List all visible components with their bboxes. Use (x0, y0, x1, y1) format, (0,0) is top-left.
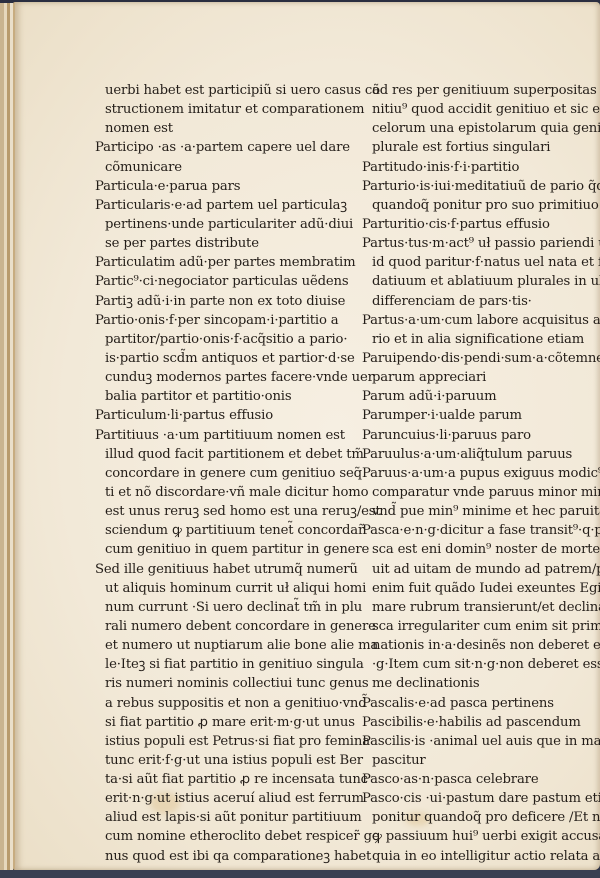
text-line: ris numeri nominis collectiui tunc genus (95, 674, 345, 693)
text-line: ꝙ passiuum hui⁹ uerbi exigit accusatiuũ (362, 827, 598, 846)
entry-headword-line: Parumper·i·ualde parum (362, 406, 598, 425)
text-line: nitiu⁹ quod accidit genitiuo et sic est … (362, 100, 598, 119)
text-line: est unus reruꝫ sed homo est una reruꝫ/es… (95, 502, 345, 521)
text-line: cõmunicare (95, 158, 345, 177)
entry-headword-line: Paruipendo·dis·pendi·sum·a·cõtemner̃ (362, 349, 598, 368)
entry-headword-line: Pasco·cis ·ui·pastum dare pastum etiam (362, 789, 598, 808)
text-line: comparatur vnde paruus minor minimus (362, 483, 598, 502)
text-line: datiuum et ablatiuum plurales in ub⁹ ad (362, 272, 598, 291)
entry-headword-line: Sed ille genitiuus habet utrumq̃ numerũ (95, 560, 345, 579)
text-line: cum nomine etheroclito debet respicer̃ g… (95, 827, 345, 846)
entry-headword-line: Partio·onis·f·per sincopam·i·partitio a (95, 311, 345, 330)
text-line: concordare in genere cum genitiuo seq̃ (95, 464, 345, 483)
text-line: id quod paritur·f·natus uel nata et faci… (362, 253, 598, 272)
text-line: pascitur (362, 751, 598, 770)
entry-headword-line: Paruulus·a·um·aliq̃tulum paruus (362, 445, 598, 464)
text-line: rio et in alia significatione etiam (362, 330, 598, 349)
text-line: si fiat partitio ꝓ mare erit·m·g·ut unus (95, 713, 345, 732)
entry-headword-line: Partus·tus·m·act⁹ uł passio pariendi uł (362, 234, 598, 253)
entry-headword-line: Pascibilis·e·habilis ad pascendum (362, 713, 598, 732)
entry-headword-line: Paruncuius·li·paruus paro (362, 426, 598, 445)
book-scan: uerbi habet est participiũ si uero casus… (0, 0, 600, 878)
text-line: ta·si aũt fiat partitio ꝓ re incensata t… (95, 770, 345, 789)
text-line: me declinationis (362, 674, 598, 693)
entry-headword-line: Particulum·li·partus effusio (95, 406, 345, 425)
entry-headword-line: Pascalis·e·ad pasca pertinens (362, 694, 598, 713)
entry-headword-line: Parum adũ·i·paruum (362, 387, 598, 406)
background-bottom (0, 870, 600, 878)
entry-headword-line: Particula·e·parua pars (95, 177, 345, 196)
text-line: uit ad uitam de mundo ad patrem/pasca (362, 560, 598, 579)
entry-headword-line: Parturitio·cis·f·partus effusio (362, 215, 598, 234)
entry-headword-line: Particulatim adũ·per partes membratim (95, 253, 345, 272)
text-line: istius populi est Petrus·si fiat pro fem… (95, 732, 345, 751)
text-line: sciendum ꝙ partitiuum tenet̃ concordar̃ (95, 521, 345, 540)
text-line: vnd̃ pue min⁹ minime et hec paruitas·t̃· (362, 502, 598, 521)
text-line: enim fuit quãdo Iudei exeuntes Egiptuꝫ (362, 579, 598, 598)
text-line: cunduꝫ modernos partes facere·vnde uer (95, 368, 345, 387)
entry-headword-line: Participo ·as ·a·partem capere uel dare (95, 138, 345, 157)
text-line: quia in eo intelligitur actio relata ad … (362, 847, 598, 866)
text-line: uerbi habet est participiũ si uero casus… (95, 81, 345, 100)
page: uerbi habet est participiũ si uero casus… (13, 2, 600, 870)
entry-headword-line: Partitudo·inis·f·i·partitio (362, 158, 598, 177)
text-line: ponitur quandoq̃ pro deficere /Et nota (362, 808, 598, 827)
entry-headword-line: Particularis·e·ad partem uel particulaꝫ (95, 196, 345, 215)
text-line: ti et nõ discordare·vñ male dicitur homo (95, 483, 345, 502)
text-line: num currunt ·Si uero declinat̃ tm̃ in pl… (95, 598, 345, 617)
text-line: le·Iteꝫ si fiat partitio in genitiuo sin… (95, 655, 345, 674)
text-line: erit·n·g·ut istius aceruí aliud est ferr… (95, 789, 345, 808)
text-line: ·g·Item cum sit·n·g·non deberet esse pri (362, 655, 598, 674)
entry-headword-line: Partic⁹·ci·negociator particulas uẽdens (95, 272, 345, 291)
text-line: nus quod est ibi qa comparationeꝫ habet (95, 847, 345, 866)
text-line: sca irregulariter cum enim sit prime dec… (362, 617, 598, 636)
text-line: partitor/partio·onis·f·acq̃sitio a pario… (95, 330, 345, 349)
entry-headword-line: Partus·a·um·cum labore acquisitus a pa (362, 311, 598, 330)
text-line: se per partes distribute (95, 234, 345, 253)
entry-headword-line: Partiꝫ adũ·i·in parte non ex toto diuise (95, 292, 345, 311)
text-line: ad res per genitiuum superpositas sed ge (362, 81, 598, 100)
left-text-column: uerbi habet est participiũ si uero casus… (95, 81, 345, 866)
entry-headword-line: Parturio·is·iui·meditatiuũ de pario q̃d (362, 177, 598, 196)
text-line: plurale est fortius singulari (362, 138, 598, 157)
text-line: illud quod facit partitionem et debet tm… (95, 445, 345, 464)
right-text-column: ad res per genitiuum superpositas sed ge… (362, 81, 598, 866)
text-line: cum genitiuo in quem partitur in genere (95, 540, 345, 559)
text-line: mare rubrum transierunt/et declinat Pa (362, 598, 598, 617)
text-line: aliud est lapis·si aũt ponitur partitiuu… (95, 808, 345, 827)
text-line: sca est eni domin⁹ noster de morte trans… (362, 540, 598, 559)
text-line: structionem imitatur et comparationem (95, 100, 345, 119)
text-line: quandoq̃ ponitur pro suo primitiuo (362, 196, 598, 215)
text-line: differenciam de pars·tis· (362, 292, 598, 311)
text-line: celorum una epistolarum quia genitiuus (362, 119, 598, 138)
text-line: pertinens·unde particulariter adũ·diui (95, 215, 345, 234)
text-line: a rebus suppositis et non a genitiuo·vnd… (95, 694, 345, 713)
text-line: et numero ut nuptiarum alie bone alie ma (95, 636, 345, 655)
entry-headword-line: Pasca·e·n·g·dicitur a fase transit⁹·q·pa (362, 521, 598, 540)
text-line: rali numero debent concordare in genere (95, 617, 345, 636)
entry-headword-line: Partitiuus ·a·um partitiuum nomen est (95, 426, 345, 445)
entry-headword-line: Pasco·as·n·pasca celebrare (362, 770, 598, 789)
text-line: ut aliquis hominum currit uł aliqui homi (95, 579, 345, 598)
text-line: nationis in·a·desinẽs non deberet esse·n… (362, 636, 598, 655)
entry-headword-line: Pascilis·is ·animal uel auis que in manu (362, 732, 598, 751)
text-line: balia partitor et partitio·onis (95, 387, 345, 406)
entry-headword-line: Paruus·a·um·a pupus exiguus modic⁹ et (362, 464, 598, 483)
text-line: tunc erit·f·g·ut una istius populi est B… (95, 751, 345, 770)
text-line: parum appreciari (362, 368, 598, 387)
text-line: nomen est (95, 119, 345, 138)
text-line: is·partio scd̃m antiquos et partior·d·se (95, 349, 345, 368)
